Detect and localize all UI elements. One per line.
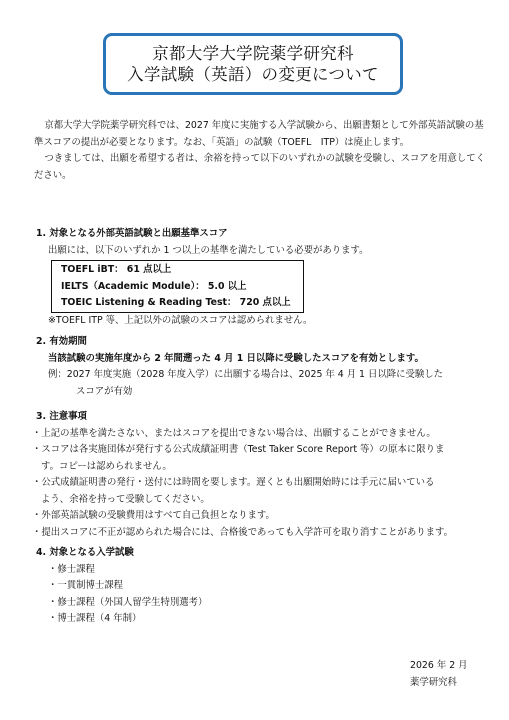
- intro: 京都大学大学院薬学研究科では、2027 年度に実施する入学試験から、出願書類とし…: [34, 118, 489, 184]
- section-4-title: 4. 対象となる入学試験: [36, 545, 486, 562]
- note-item: ・提出スコアに不正が認められた場合には、合格後であっても入学許可を取り消すことが…: [32, 525, 497, 542]
- title-line-1: 京都大学大学院薬学研究科: [152, 43, 354, 64]
- footer-date: 2026 年 2 月: [410, 657, 468, 674]
- validity-rule: 当該試験の実施年度から 2 年間遡った 4 月 1 日以降に受験したスコアを有効…: [36, 351, 486, 368]
- note-item: ・スコアは各実施団体が発行する公式成績証明書（Test Taker Score …: [32, 442, 497, 475]
- exam-item: ・修士課程（外国人留学生特別選考）: [36, 595, 486, 612]
- footer-org: 薬学研究科: [410, 674, 468, 691]
- section-3-title: 3. 注意事項: [32, 409, 497, 426]
- title-box: 京都大学大学院薬学研究科 入学試験（英語）の変更について: [103, 33, 403, 95]
- section-1-note: ※TOEFL ITP 等、上記以外の試験のスコアは認められません。: [36, 313, 486, 330]
- exam-item: ・博士課程（4 年制）: [36, 611, 486, 628]
- score-criteria-box: TOEFL iBT： 61 点以上 IELTS（Academic Module）…: [51, 260, 304, 313]
- section-1: 1. 対象となる外部英語試験と出願基準スコア 出願には、以下のいずれか 1 つ以…: [36, 226, 486, 329]
- footer: 2026 年 2 月 薬学研究科: [410, 657, 468, 691]
- section-2-title: 2. 有効期間: [36, 334, 486, 351]
- section-1-lead: 出願には、以下のいずれか 1 つ以上の基準を満たしている必要があります。: [36, 243, 486, 260]
- note-item: ・上記の基準を満たさない、またはスコアを提出できない場合は、出願することができま…: [32, 426, 497, 443]
- exam-item: ・一貫制博士課程: [36, 578, 486, 595]
- intro-paragraph-1: 京都大学大学院薬学研究科では、2027 年度に実施する入学試験から、出願書類とし…: [34, 118, 489, 151]
- validity-example-2: スコアが有効: [36, 384, 486, 401]
- section-4: 4. 対象となる入学試験 ・修士課程 ・一貫制博士課程 ・修士課程（外国人留学生…: [36, 545, 486, 628]
- intro-paragraph-2: つきましては、出願を希望する者は、余裕を持って以下のいずれかの試験を受験し、スコ…: [34, 151, 489, 184]
- exam-item: ・修士課程: [36, 562, 486, 579]
- score-toeic: TOEIC Listening & Reading Test： 720 点以上: [61, 295, 303, 312]
- section-1-title: 1. 対象となる外部英語試験と出願基準スコア: [36, 226, 486, 243]
- score-ielts: IELTS（Academic Module）： 5.0 以上: [61, 279, 303, 296]
- note-item: ・公式成績証明書の発行・送付には時間を要します。遅くとも出願開始時には手元に届い…: [32, 475, 497, 508]
- score-toefl: TOEFL iBT： 61 点以上: [61, 262, 303, 279]
- note-item: ・外部英語試験の受験費用はすべて自己負担となります。: [32, 508, 497, 525]
- validity-example-1: 例：2027 年度実施（2028 年度入学）に出願する場合は、2025 年 4 …: [36, 367, 486, 384]
- section-3: 3. 注意事項 ・上記の基準を満たさない、またはスコアを提出できない場合は、出願…: [32, 409, 497, 541]
- title-line-2: 入学試験（英語）の変更について: [127, 64, 379, 85]
- section-2: 2. 有効期間 当該試験の実施年度から 2 年間遡った 4 月 1 日以降に受験…: [36, 334, 486, 400]
